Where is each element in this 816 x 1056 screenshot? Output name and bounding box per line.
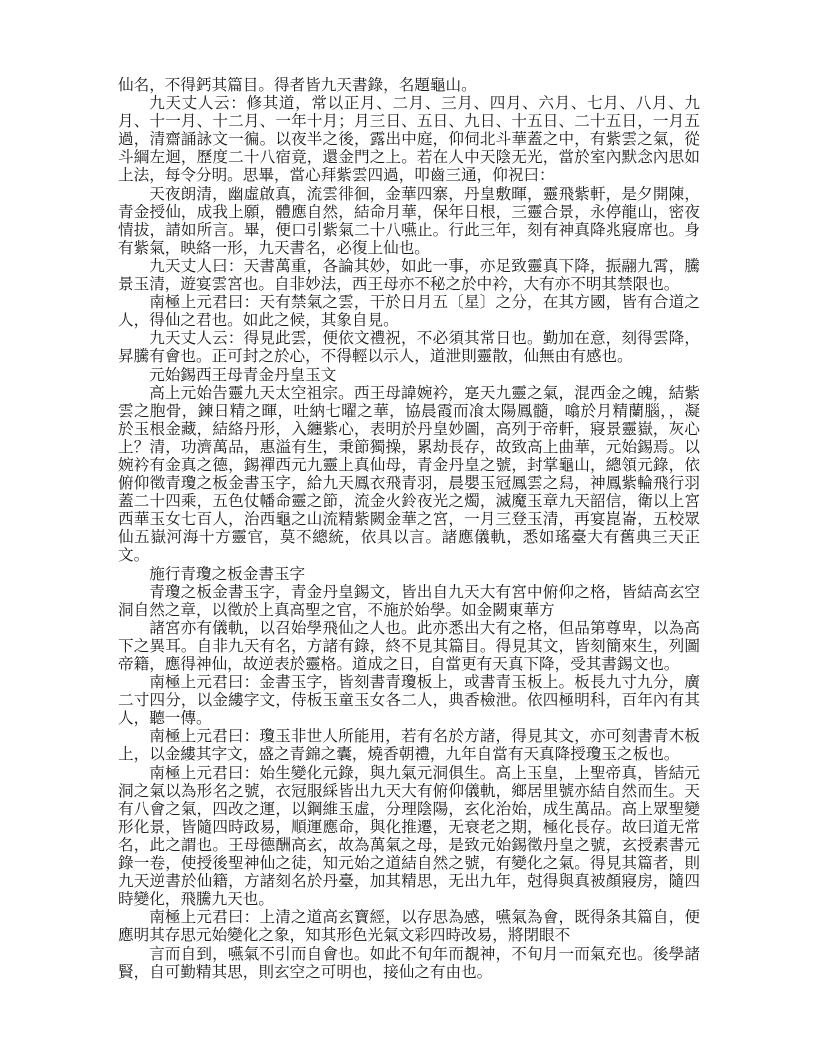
paragraph: 南極上元君曰：金書玉字，皆刻書青瓊板上，或書青玉板上。板長九寸九分，廣二寸四分，… xyxy=(118,673,700,727)
paragraph-continuation: 仙名，不得鈣其篇目。得者皆九天書錄，名題龜山。 xyxy=(118,76,700,94)
paragraph: 九天丈人云：得見此雲，便依文禮祝，不必須其常日也。勤加在意，刻得雲降，昇騰有會也… xyxy=(118,329,700,365)
paragraph: 高上元始告靈九天太空祖宗。西王母諱婉衿，寔天九靈之氣，混西金之魄，結紫雲之胞骨，… xyxy=(118,384,700,565)
section-heading: 施行青瓊之板金書玉字 xyxy=(118,565,700,583)
paragraph: 言而自到，嚥氣不引而自會也。如此不旬年而覩神，不旬月一而氣充也。後學諸賢，自可勤… xyxy=(118,945,700,981)
section-heading: 元始錫西王母青金丹皇玉文 xyxy=(118,366,700,384)
paragraph: 九天丈人曰：天書萬重，各論其妙，如此一事，亦足致靈真下降，振翮九霄，騰景玉清，遊… xyxy=(118,257,700,293)
paragraph: 南極上元君曰：天有禁氣之雲，干於日月五〔星〕之分，在其方國，皆有合道之人，得仙之… xyxy=(118,293,700,329)
paragraph: 南極上元君曰：始生變化元錄，與九氣元洞俱生。高上玉皇，上聖帝真，皆結元洞之氣以為… xyxy=(118,764,700,909)
paragraph: 諸宮亦有儀軌，以召始學飛仙之人也。此亦悉出大有之格，但品第尊卑，以為高下之異耳。… xyxy=(118,619,700,673)
paragraph: 天夜朗清，幽虛啟真，流雲徘徊，金華四寨，丹皇敷暉，靈飛紫軒，是夕開陳，青金授仙，… xyxy=(118,185,700,257)
paragraph: 九天丈人云：修其道，常以正月、二月、三月、四月、六月、七月、八月、九月、十一月、… xyxy=(118,94,700,184)
paragraph: 南極上元君曰：瓊玉非世人所能用，若有名於方諸，得見其文，亦可刻書青木板上，以金縷… xyxy=(118,727,700,763)
document-page: 仙名，不得鈣其篇目。得者皆九天書錄，名題龜山。 九天丈人云：修其道，常以正月、二… xyxy=(118,76,700,981)
paragraph: 南極上元君曰：上清之道高玄寶經，以存思為感，嚥氣為會，既得条其篇自，便應明其存思… xyxy=(118,908,700,944)
paragraph: 青瓊之板金書玉字，青金丹皇錫文，皆出自九天大有宮中俯仰之格，皆結高玄空洞自然之章… xyxy=(118,583,700,619)
